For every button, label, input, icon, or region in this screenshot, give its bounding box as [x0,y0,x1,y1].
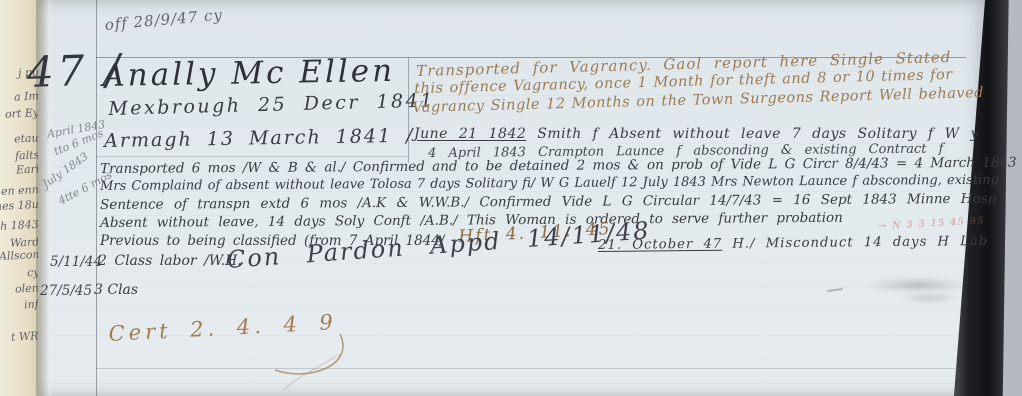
graphite-smudge [865,277,970,293]
prev-page-fragment: ort Ey [5,106,40,121]
conduct-entry-oct47-text: H./ Misconduct 14 days H Lab [722,234,988,252]
class-entry-date: 5/11/44 [50,254,102,270]
class-entry-date: 27/5/45 [40,283,92,299]
conduct-entry-1: June 21 1842 Smith f Absent without leav… [414,126,979,142]
conduct-entry-1-text: Smith f Absent without leave 7 days Soli… [526,126,979,142]
graphite-smudge [900,292,960,304]
class-entry-text: 3 Clas [94,282,138,298]
name-block-baseline-rule [96,156,408,157]
prev-page-fragment: hes 18u [0,198,39,213]
conduct-entry-1-date: June 21 1842 [414,126,526,142]
register-page-scan: j pu a Im ort Ey etau falts Earl en enn … [0,0,1022,396]
bottom-row-rule [96,368,958,369]
convict-name: Anally Mc Ellen [102,53,395,94]
prev-page-fragment: Allscon [0,248,39,263]
prev-page-fragment: en enn [1,183,39,198]
class-entry-text: 2 Class labor /W.H. [98,253,242,269]
prev-page-fragment: ch 1843 [0,218,39,233]
pencil-stray-mark [280,352,360,392]
